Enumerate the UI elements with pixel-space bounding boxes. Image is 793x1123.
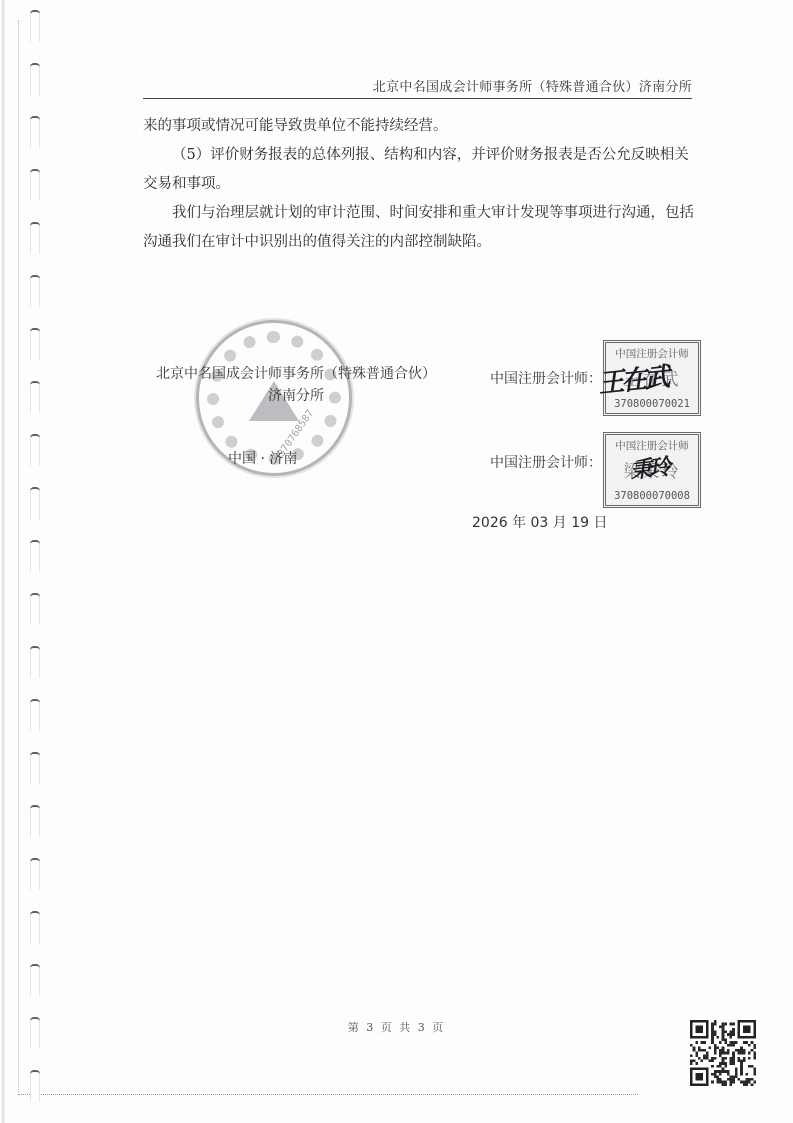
page-indicator: 第 3 页 共 3 页 [348, 1021, 445, 1034]
binding-hole [30, 540, 40, 572]
binding-hole [30, 10, 40, 42]
binding-hole [30, 858, 40, 890]
binding-hole [30, 116, 40, 148]
page-footer: 第 3 页 共 3 页 [0, 1019, 793, 1035]
binding-hole [30, 434, 40, 466]
page-header: 北京中名国成会计师事务所（特殊普通合伙）济南分所 [143, 76, 692, 99]
cpa-1-handwritten-signature: 王在武 [596, 356, 669, 400]
binding-hole [30, 169, 40, 201]
cpa-1-label: 中国注册会计师： [490, 368, 602, 388]
binding-hole [30, 911, 40, 943]
binding-hole [30, 964, 40, 996]
report-body: 来的事项或情况可能导致贵单位不能持续经营。 （5）评价财务报表的总体列报、结构和… [143, 112, 703, 257]
binding-hole [30, 593, 40, 625]
paragraph-governance-communication: 我们与治理层就计划的审计范围、时间安排和重大审计发现等事项进行沟通，包括沟通我们… [143, 199, 703, 257]
binding-hole [30, 646, 40, 678]
binding-hole [30, 328, 40, 360]
cpa-2-label: 中国注册会计师： [490, 452, 602, 472]
binding-hole [30, 699, 40, 731]
header-firm-title: 北京中名国成会计师事务所（特殊普通合伙）济南分所 [373, 80, 692, 95]
binding-hole [30, 275, 40, 307]
cpa-1-stamp-number: 370800070021 [606, 398, 698, 410]
binding-holes [30, 0, 42, 1123]
report-date: 2026 年 03 月 19 日 [472, 512, 608, 532]
page-edge [2, 0, 5, 1123]
qr-code-icon [690, 1020, 756, 1086]
binding-hole [30, 1070, 40, 1102]
binding-hole [30, 63, 40, 95]
binding-hole [30, 752, 40, 784]
paragraph-item-5: （5）评价财务报表的总体列报、结构和内容，并评价财务报表是否公允反映相关交易和事… [143, 141, 703, 199]
binding-hole [30, 222, 40, 254]
paragraph-continuation: 来的事项或情况可能导致贵单位不能持续经营。 [143, 112, 703, 141]
firm-signature: 北京中名国成会计师事务所（特殊普通合伙） 济南分所 [141, 363, 451, 407]
branch-name: 济南分所 [141, 385, 451, 407]
cpa-2-stamp-number: 370800070008 [606, 490, 698, 502]
cpa-2-handwritten-signature: 秉玲 [628, 450, 669, 485]
binding-hole [30, 487, 40, 519]
margin-rule [18, 20, 20, 1092]
firm-name: 北京中名国成会计师事务所（特殊普通合伙） [141, 363, 451, 385]
bottom-rule [18, 1094, 638, 1096]
binding-hole [30, 381, 40, 413]
firm-location: 中国 · 济南 [228, 448, 297, 468]
binding-hole [30, 805, 40, 837]
